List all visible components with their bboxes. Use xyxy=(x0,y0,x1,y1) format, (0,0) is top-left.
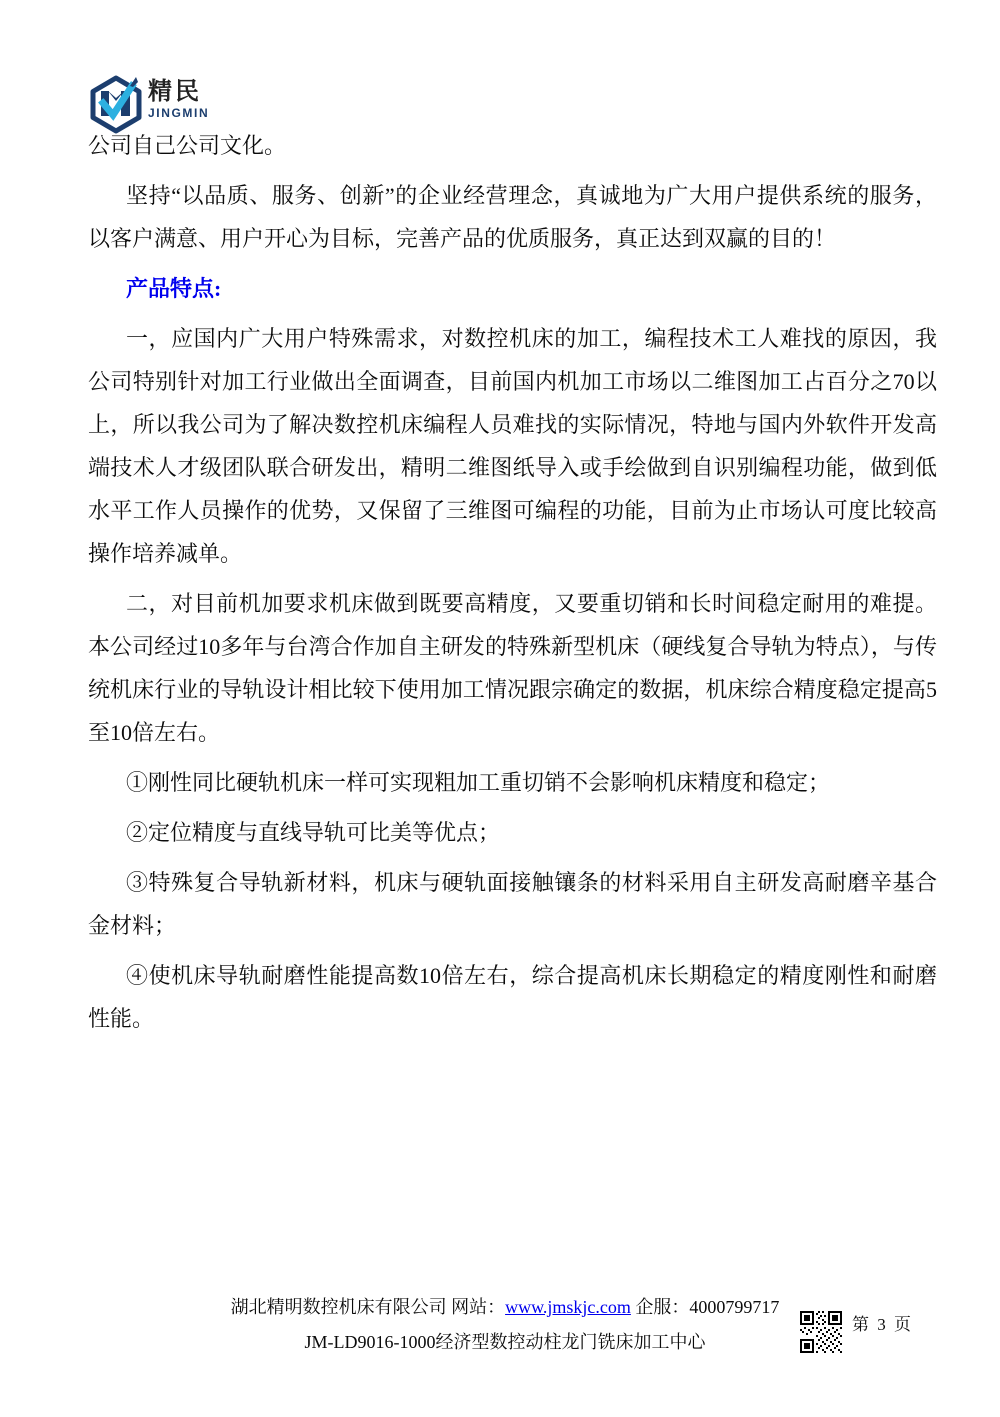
footer-website-link[interactable]: www.jmskjc.com xyxy=(505,1297,631,1317)
logo-name-en: JINGMIN xyxy=(148,107,209,119)
paragraph-service-philosophy: 坚持“以品质、服务、创新”的企业经营理念，真诚地为广大用户提供系统的服务，以客户… xyxy=(88,174,937,260)
logo-name-cn: 精民 xyxy=(148,80,209,104)
section-heading-product-features: 产品特点: xyxy=(88,267,937,310)
page-footer: 湖北精明数控机床有限公司 网站：www.jmskjc.com 企服：400079… xyxy=(88,1290,922,1360)
document-body: 公司自己公司文化。 坚持“以品质、服务、创新”的企业经营理念，真诚地为广大用户提… xyxy=(88,124,937,1047)
feature-item-2: ②定位精度与直线导轨可比美等优点； xyxy=(88,811,937,854)
footer-company-line: 湖北精明数控机床有限公司 网站：www.jmskjc.com 企服：400079… xyxy=(88,1290,922,1325)
footer-company-name: 湖北精明数控机床有限公司 xyxy=(231,1297,447,1317)
paragraph-point-one: 一，应国内广大用户特殊需求，对数控机床的加工，编程技术工人难找的原因，我公司特别… xyxy=(88,317,937,575)
qr-code xyxy=(800,1311,842,1353)
paragraph-point-two: 二，对目前机加要求机床做到既要高精度，又要重切销和长时间稳定耐用的难提。本公司经… xyxy=(88,582,937,754)
logo-text: 精民 JINGMIN xyxy=(148,74,209,119)
footer-service-phone: 4000799717 xyxy=(689,1297,779,1317)
feature-item-1: ①刚性同比硬轨机床一样可实现粗加工重切销不会影响机床精度和稳定； xyxy=(88,761,937,804)
footer-product-line: JM-LD9016-1000经济型数控动柱龙门铣床加工中心 xyxy=(88,1325,922,1360)
feature-item-3: ③特殊复合导轨新材料，机床与硬轨面接触镶条的材料采用自主研发高耐磨辛基合金材料； xyxy=(88,861,937,947)
document-page: 精民 JINGMIN 公司自己公司文化。 坚持“以品质、服务、创新”的企业经营理… xyxy=(0,0,1000,1417)
page-number: 第 3 页 xyxy=(852,1310,913,1335)
footer-service-label: 企服： xyxy=(635,1297,689,1317)
footer-site-label: 网站： xyxy=(451,1297,505,1317)
intro-line: 公司自己公司文化。 xyxy=(88,124,937,167)
feature-item-4: ④使机床导轨耐磨性能提高数10倍左右，综合提高机床长期稳定的精度刚性和耐磨性能。 xyxy=(88,954,937,1040)
